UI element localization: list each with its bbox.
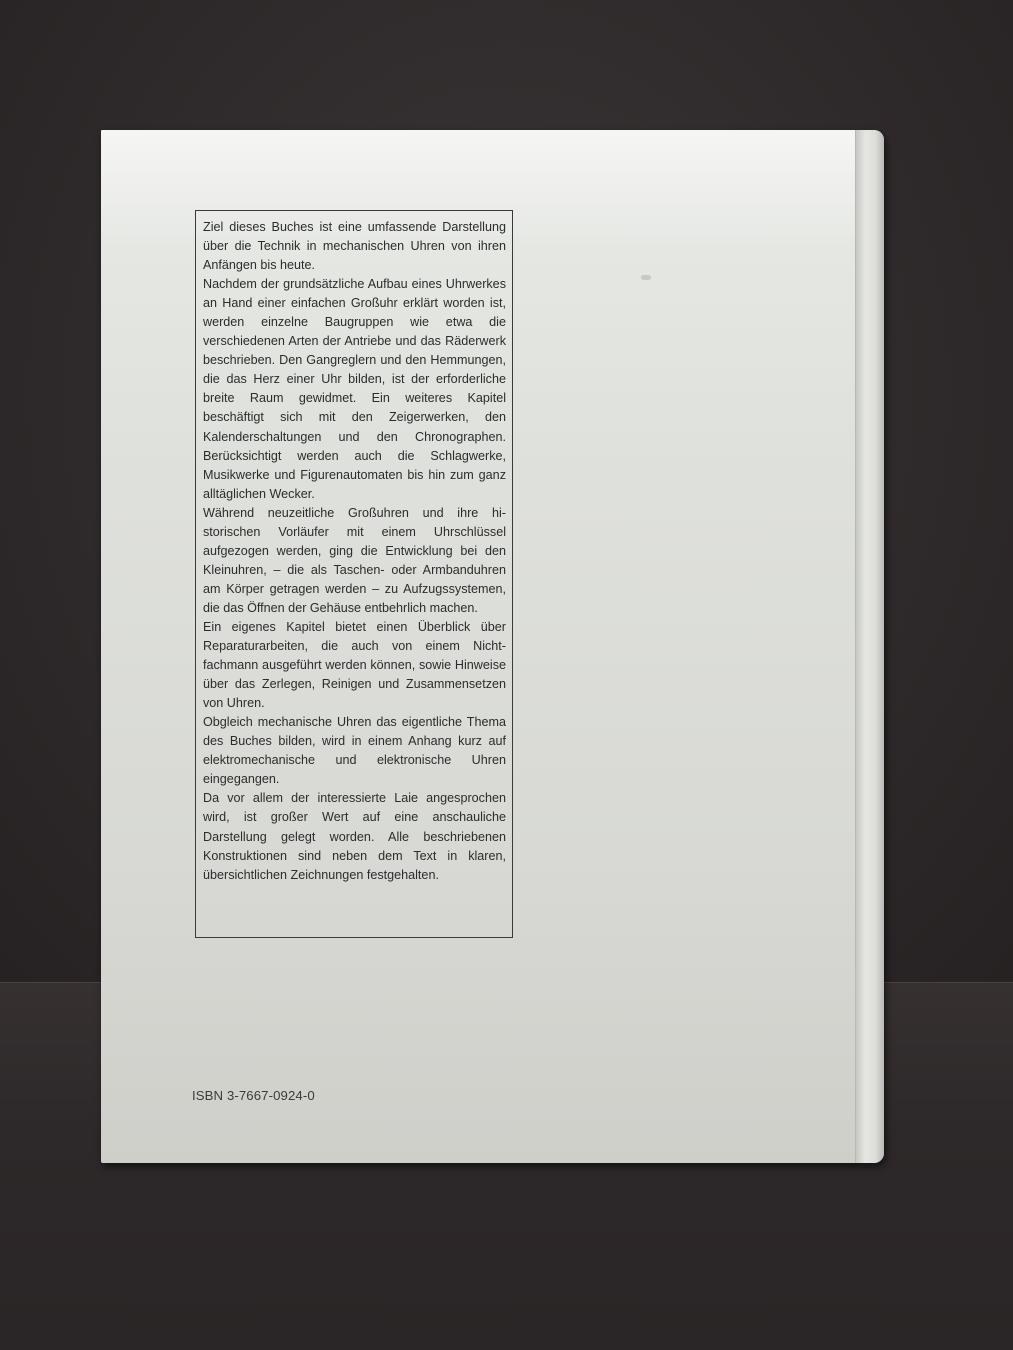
blurb-paragraph: Obgleich mechanische Uhren das eigentlic…	[203, 713, 506, 789]
book-back-cover: Ziel dieses Buches ist eine umfassende D…	[101, 130, 884, 1163]
blurb-paragraph: Ziel dieses Buches ist eine umfassende D…	[203, 218, 506, 275]
blurb-paragraph: Ein eigenes Kapitel bietet einen Überbli…	[203, 618, 506, 713]
book-spine	[855, 130, 884, 1163]
cover-blemish	[641, 275, 651, 280]
blurb-paragraph: Nachdem der grundsätzliche Aufbau eines …	[203, 275, 506, 504]
blurb-paragraph: Während neuzeitliche Großuhren und ihre …	[203, 504, 506, 618]
blurb-paragraph: Da vor allem der interessierte Laie ange…	[203, 789, 506, 884]
blurb-box: Ziel dieses Buches ist eine umfassende D…	[195, 210, 513, 938]
isbn-label: ISBN 3-7667-0924-0	[192, 1088, 315, 1103]
